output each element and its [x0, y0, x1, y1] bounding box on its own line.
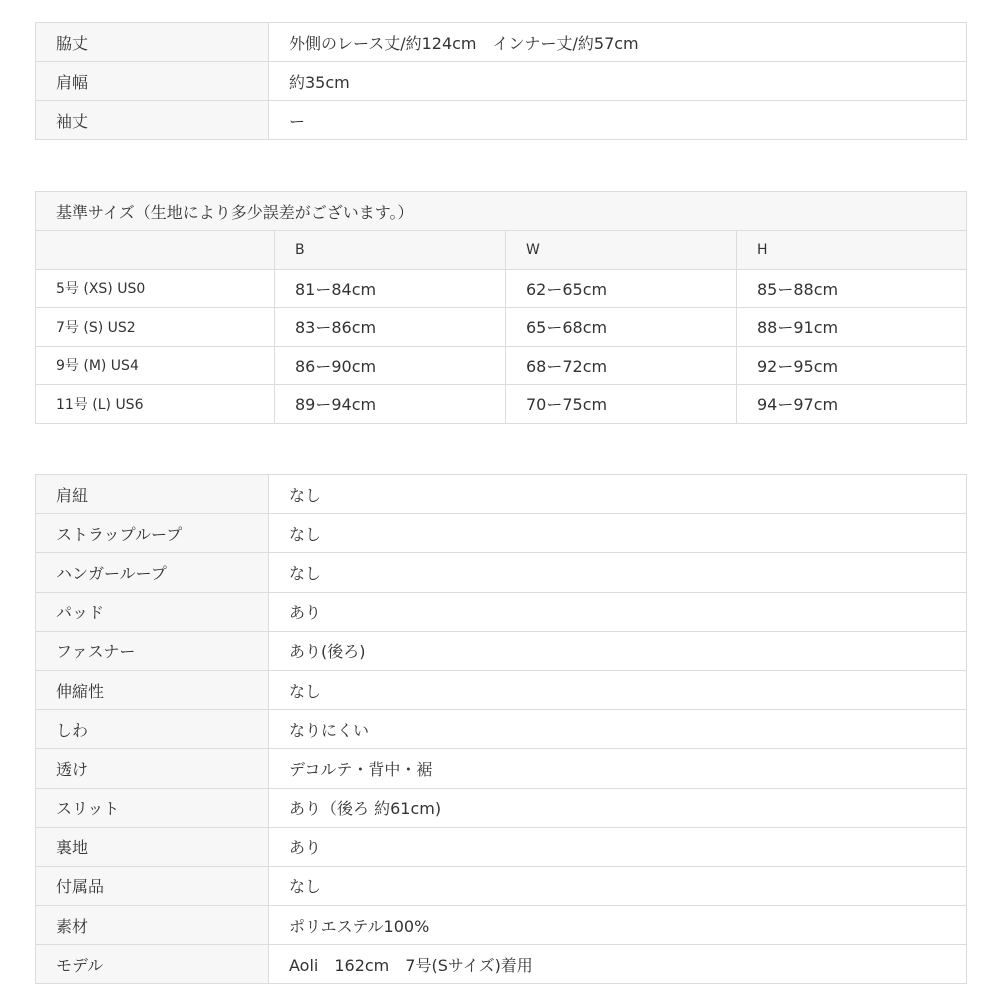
bust-value: 86ー90cm [275, 346, 506, 385]
waist-value: 65ー68cm [506, 308, 737, 347]
table-row: モデルAoli 162cm 7号(Sサイズ)着用 [36, 945, 967, 984]
row-label: スリット [36, 788, 269, 827]
table-row: 裏地あり [36, 827, 967, 866]
table-row: 9号 (M) US4 86ー90cm 68ー72cm 92ー95cm [36, 346, 967, 385]
row-label: 付属品 [36, 866, 269, 905]
size-label: 9号 (M) US4 [36, 346, 275, 385]
row-label: パッド [36, 592, 269, 631]
table-row: 袖丈 ー [36, 101, 967, 140]
size-table-caption-row: 基準サイズ（生地により多少誤差がございます。） [36, 192, 967, 231]
size-label: 11号 (L) US6 [36, 385, 275, 424]
hip-value: 85ー88cm [737, 269, 967, 308]
row-value: デコルテ・背中・裾 [269, 749, 967, 788]
row-label: 伸縮性 [36, 670, 269, 709]
row-value: 約35cm [269, 62, 967, 101]
table-row: スリットあり（後ろ 約61cm) [36, 788, 967, 827]
table-row: 脇丈 外側のレース丈/約124cm インナー丈/約57cm [36, 23, 967, 62]
table-row: 7号 (S) US2 83ー86cm 65ー68cm 88ー91cm [36, 308, 967, 347]
table-row: 伸縮性なし [36, 670, 967, 709]
waist-value: 62ー65cm [506, 269, 737, 308]
waist-value: 68ー72cm [506, 346, 737, 385]
row-label: ファスナー [36, 631, 269, 670]
header-cell-b: B [275, 231, 506, 270]
bust-value: 89ー94cm [275, 385, 506, 424]
details-table: 肩紐なし ストラップループなし ハンガーループなし パッドあり ファスナーあり(… [35, 474, 967, 984]
row-value: なし [269, 866, 967, 905]
hip-value: 94ー97cm [737, 385, 967, 424]
row-value: なりにくい [269, 710, 967, 749]
row-value: なし [269, 514, 967, 553]
table-row: ハンガーループなし [36, 553, 967, 592]
row-value: なし [269, 553, 967, 592]
header-cell-h: H [737, 231, 967, 270]
measurements-table: 脇丈 外側のレース丈/約124cm インナー丈/約57cm 肩幅 約35cm 袖… [35, 22, 967, 140]
row-value: ポリエステル100% [269, 906, 967, 945]
header-cell-w: W [506, 231, 737, 270]
row-value: あり [269, 827, 967, 866]
row-value: 外側のレース丈/約124cm インナー丈/約57cm [269, 23, 967, 62]
table-row: ストラップループなし [36, 514, 967, 553]
hip-value: 92ー95cm [737, 346, 967, 385]
row-label: モデル [36, 945, 269, 984]
size-label: 7号 (S) US2 [36, 308, 275, 347]
size-table-header-row: B W H [36, 231, 967, 270]
size-table: 基準サイズ（生地により多少誤差がございます。） B W H 5号 (XS) US… [35, 191, 967, 424]
row-value: あり（後ろ 約61cm) [269, 788, 967, 827]
row-label: 裏地 [36, 827, 269, 866]
header-cell [36, 231, 275, 270]
table-row: 肩幅 約35cm [36, 62, 967, 101]
table-row: ファスナーあり(後ろ) [36, 631, 967, 670]
size-label: 5号 (XS) US0 [36, 269, 275, 308]
table-row: 肩紐なし [36, 475, 967, 514]
row-label: 肩幅 [36, 62, 269, 101]
row-value: なし [269, 475, 967, 514]
row-label: 素材 [36, 906, 269, 945]
table-row: パッドあり [36, 592, 967, 631]
bust-value: 83ー86cm [275, 308, 506, 347]
table-row: 11号 (L) US6 89ー94cm 70ー75cm 94ー97cm [36, 385, 967, 424]
row-label: ハンガーループ [36, 553, 269, 592]
row-value: なし [269, 670, 967, 709]
bust-value: 81ー84cm [275, 269, 506, 308]
table-row: 透けデコルテ・背中・裾 [36, 749, 967, 788]
row-value: あり [269, 592, 967, 631]
hip-value: 88ー91cm [737, 308, 967, 347]
row-label: 肩紐 [36, 475, 269, 514]
row-label: 透け [36, 749, 269, 788]
row-label: 袖丈 [36, 101, 269, 140]
row-value: Aoli 162cm 7号(Sサイズ)着用 [269, 945, 967, 984]
row-label: 脇丈 [36, 23, 269, 62]
row-label: しわ [36, 710, 269, 749]
row-label: ストラップループ [36, 514, 269, 553]
row-value: あり(後ろ) [269, 631, 967, 670]
table-row: 素材ポリエステル100% [36, 906, 967, 945]
table-row: 5号 (XS) US0 81ー84cm 62ー65cm 85ー88cm [36, 269, 967, 308]
row-value: ー [269, 101, 967, 140]
waist-value: 70ー75cm [506, 385, 737, 424]
table-row: しわなりにくい [36, 710, 967, 749]
table-row: 付属品なし [36, 866, 967, 905]
size-table-caption: 基準サイズ（生地により多少誤差がございます。） [36, 192, 967, 231]
